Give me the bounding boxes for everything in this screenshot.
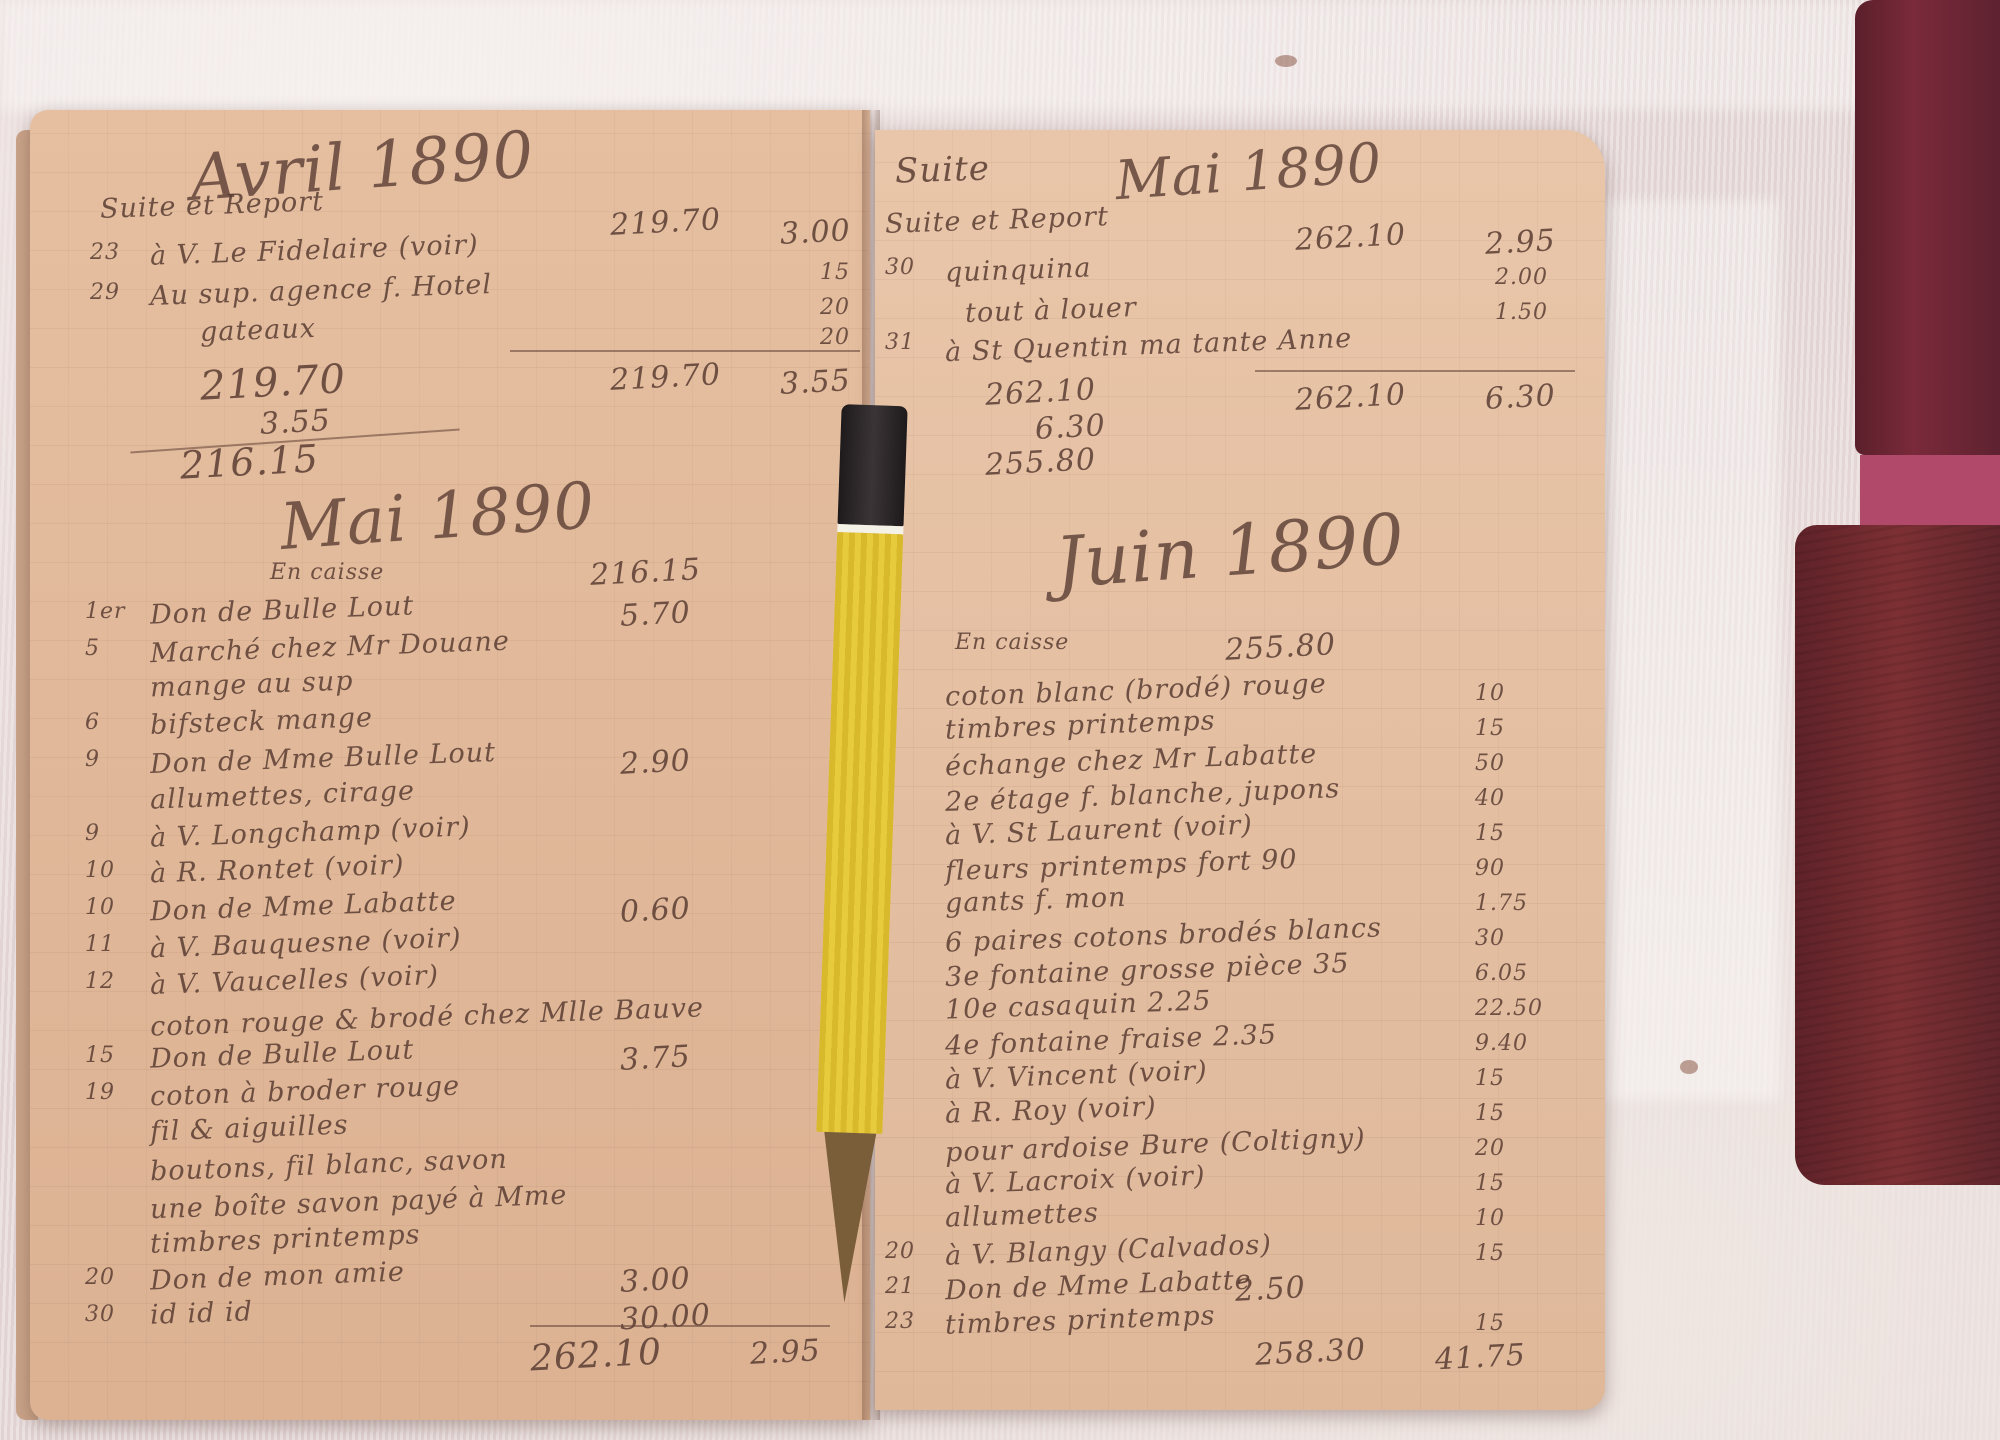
carry-col2: 2.95: [1484, 223, 1557, 262]
ledger-amount: 15: [820, 260, 850, 285]
ledger-amount: 1.50: [1495, 300, 1548, 325]
ledger-line: Don de Bulle Lout: [150, 590, 415, 630]
ledger-amount: 10: [1475, 681, 1505, 706]
ledger-line: gateaux: [199, 313, 316, 348]
ledger-line: gants f. mon: [945, 882, 1127, 919]
ledger-line: quinquina: [945, 252, 1092, 288]
ledger-day: 9: [85, 747, 100, 772]
leather-strap: [1860, 455, 2000, 525]
ledger-amount: 2.00: [1495, 265, 1548, 290]
ledger-total: 3.55: [779, 363, 852, 402]
ledger-amount: 9.40: [1475, 1031, 1528, 1056]
ledger-line: coton à broder rouge: [150, 1071, 461, 1113]
ledger-amount: 15: [1475, 716, 1505, 741]
ledger-day: 23: [885, 1309, 915, 1334]
ledger-amount: 90: [1475, 856, 1505, 881]
ledger-day: 12: [85, 969, 115, 994]
ledger-total: 6.30: [1484, 378, 1557, 417]
ledger-line: tout à louer: [965, 292, 1138, 329]
opening-value: 255.80: [1224, 627, 1337, 668]
left-page: Avril 1890 Suite et Report 219.70 3.00 2…: [30, 110, 870, 1420]
carry-col1: 262.10: [1294, 217, 1407, 258]
ledger-amount: 2.90: [619, 743, 692, 782]
ledger-day: 30: [885, 255, 915, 280]
ledger-amount: 22.50: [1475, 996, 1543, 1021]
ledger-amount: 20: [1475, 1136, 1505, 1161]
ledger-line: à St Quentin ma tante Anne: [945, 323, 1353, 368]
ledger-line: Au sup. agence f. Hotel: [150, 269, 493, 312]
cloth-fold: [0, 0, 2000, 110]
ledger-line: à V. Longchamp (voir): [150, 811, 472, 853]
ledger-line: allumettes: [945, 1197, 1100, 1233]
suite-label: Suite: [894, 148, 990, 191]
ledger-line: mange au sup: [150, 665, 354, 703]
ledger-line: Don de mon amie: [150, 1257, 406, 1297]
ledger-line: 4e fontaine fraise 2.35: [945, 1019, 1278, 1062]
ledger-day: 20: [85, 1265, 115, 1290]
stain: [1680, 1060, 1698, 1074]
ledger-notebook: Avril 1890 Suite et Report 219.70 3.00 2…: [30, 110, 1610, 1430]
ledger-line: fleurs printemps fort 90: [945, 844, 1299, 887]
ledger-day: 31: [885, 330, 915, 355]
ledger-amount: 15: [1475, 1171, 1505, 1196]
ledger-day: 20: [885, 1239, 915, 1264]
carry-label: Suite et Report: [885, 201, 1110, 240]
ledger-day: 10: [85, 895, 115, 920]
opening-value: 216.15: [589, 552, 702, 593]
total-rule: [510, 350, 860, 352]
ledger-line: timbres printemps: [945, 1300, 1216, 1340]
ledger-total: 258.30: [1254, 1332, 1367, 1373]
ledger-line: timbres printemps: [945, 705, 1216, 745]
calc-value: 262.10: [984, 372, 1097, 413]
ledger-amount: 40: [1475, 786, 1505, 811]
ledger-total: 41.75: [1434, 1338, 1527, 1378]
ledger-amount: 30.00: [619, 1298, 712, 1338]
ledger-total: 219.70: [609, 357, 722, 398]
ledger-amount: 50: [1475, 751, 1505, 776]
ledger-amount: 219.70: [609, 202, 722, 243]
ledger-day: 11: [85, 932, 115, 957]
ledger-day: 1er: [85, 599, 126, 624]
pencil-tip: [818, 1132, 876, 1304]
ledger-line: à R. Rontet (voir): [150, 850, 405, 890]
ledger-amount: 20: [820, 295, 850, 320]
pencil-barrel: [816, 532, 903, 1134]
ledger-line: Don de Mme Bulle Lout: [150, 737, 497, 780]
ledger-line: à V. Vincent (voir): [945, 1055, 1209, 1095]
ledger-day: 29: [90, 280, 120, 305]
ledger-line: id id id: [149, 1296, 253, 1331]
ledger-total: 262.10: [529, 1332, 663, 1380]
ledger-total: 2.95: [749, 1333, 822, 1372]
cloth-fold: [1600, 200, 1780, 1100]
ledger-day: 5: [85, 636, 100, 661]
ledger-amount: 2.50: [1234, 1270, 1307, 1309]
ledger-line: coton rouge & brodé chez Mlle Bauve: [150, 992, 705, 1042]
ledger-amount: 20: [820, 325, 850, 350]
ledger-day: 30: [85, 1302, 115, 1327]
ledger-line: à V. Le Fidelaire (voir): [150, 229, 480, 271]
ledger-line: bifsteck mange: [150, 702, 374, 741]
ledger-amount: 5.70: [619, 595, 692, 634]
ledger-amount: 3.00: [619, 1261, 692, 1300]
ledger-day: 21: [885, 1274, 915, 1299]
ledger-line: allumettes, cirage: [150, 775, 416, 815]
ledger-line: à V. Bauquesne (voir): [150, 923, 462, 965]
ledger-line: Don de Mme Labatte: [150, 886, 458, 928]
right-page: Suite Mai 1890 Suite et Report 262.10 2.…: [875, 130, 1605, 1410]
calc-value: 6.30: [1034, 408, 1107, 447]
ledger-line: coton blanc (brodé) rouge: [945, 668, 1328, 712]
ledger-total: 262.10: [1294, 377, 1407, 418]
ledger-day: 23: [90, 240, 120, 265]
ledger-day: 15: [85, 1043, 115, 1068]
ledger-line: fil & aiguilles: [150, 1110, 350, 1148]
ledger-line: à R. Roy (voir): [945, 1091, 1158, 1129]
ledger-amount: 3.75: [619, 1039, 692, 1078]
ledger-amount: 1.75: [1475, 891, 1528, 916]
leather-cover-bottom: [1795, 525, 2000, 1185]
ledger-amount: 6.05: [1475, 961, 1528, 986]
ledger-amount: 10: [1475, 1206, 1505, 1231]
ledger-line: une boîte savon payé à Mme: [150, 1180, 568, 1226]
opening-label: En caisse: [955, 630, 1069, 655]
leather-book: [1795, 0, 2000, 1200]
ledger-amount: 30: [1475, 926, 1505, 951]
calc-value: 219.70: [199, 356, 347, 410]
stain: [1275, 55, 1297, 67]
ledger-line: à V. Vaucelles (voir): [150, 960, 440, 1001]
calc-value: 3.55: [259, 403, 332, 442]
ledger-amount: 3.00: [779, 213, 852, 252]
ledger-amount: 15: [1475, 821, 1505, 846]
ledger-line: timbres printemps: [150, 1219, 421, 1259]
june-heading: Juin 1890: [1053, 498, 1408, 604]
ledger-day: 9: [85, 821, 100, 846]
ledger-day: 19: [85, 1080, 115, 1105]
total-rule: [530, 1325, 830, 1327]
ledger-day: 6: [85, 710, 100, 735]
ledger-line: Marché chez Mr Douane: [150, 626, 511, 670]
may-continued-heading: Mai 1890: [1113, 131, 1384, 212]
ledger-line: boutons, fil blanc, savon: [150, 1144, 509, 1187]
ledger-amount: 15: [1475, 1101, 1505, 1126]
pencil-cap: [838, 404, 908, 526]
may-heading: Mai 1890: [278, 469, 598, 565]
total-rule: [1255, 370, 1575, 372]
ledger-amount: 15: [1475, 1241, 1505, 1266]
ledger-amount: 15: [1475, 1311, 1505, 1336]
calc-result: 255.80: [984, 442, 1097, 483]
ledger-amount: 15: [1475, 1066, 1505, 1091]
ledger-amount: 0.60: [619, 891, 692, 930]
leather-cover-top: [1855, 0, 2000, 455]
ledger-day: 10: [85, 858, 115, 883]
opening-label: En caisse: [270, 560, 384, 585]
ledger-line: Suite et Report: [100, 186, 325, 225]
calc-result: 216.15: [179, 436, 320, 487]
